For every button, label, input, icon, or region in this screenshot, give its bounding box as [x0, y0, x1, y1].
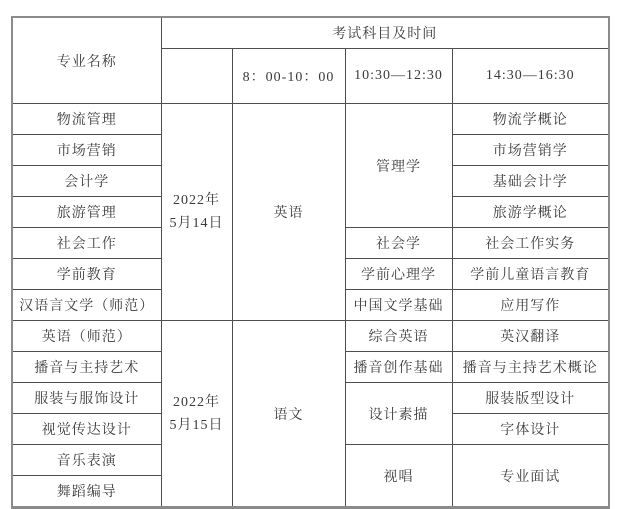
afternoon-subject-cell: 物流学概论 [452, 104, 609, 135]
exam-date-day1: 2022年 5月14日 [161, 104, 232, 321]
afternoon-subject-cell: 服装版型设计 [452, 383, 609, 414]
major-cell: 汉语言文学（师范） [12, 290, 161, 321]
morning-subject-day2: 语文 [232, 321, 345, 508]
afternoon-subject-cell: 旅游学概论 [452, 197, 609, 228]
major-cell: 市场营销 [12, 135, 161, 166]
major-cell: 播音与主持艺术 [12, 352, 161, 383]
midday-subject-cell: 综合英语 [345, 321, 452, 352]
midday-subject-cell: 视唱 [345, 445, 452, 508]
major-cell: 英语（师范） [12, 321, 161, 352]
major-cell: 旅游管理 [12, 197, 161, 228]
afternoon-subject-cell: 市场营销学 [452, 135, 609, 166]
afternoon-subject-cell: 英汉翻译 [452, 321, 609, 352]
afternoon-subject-cell: 基础会计学 [452, 166, 609, 197]
afternoon-subject-cell: 社会工作实务 [452, 228, 609, 259]
date-column-header-empty [161, 49, 232, 104]
exam-schedule-table: 专业名称 考试科目及时间 8：00-10：00 10:30—12:30 14:3… [11, 16, 610, 509]
midday-subject-cell: 管理学 [345, 104, 452, 228]
afternoon-subject-cell: 专业面试 [452, 445, 609, 508]
exam-date-day2: 2022年 5月15日 [161, 321, 232, 508]
midday-subject-cell: 设计素描 [345, 383, 452, 445]
exam-section-header: 考试科目及时间 [161, 17, 609, 49]
major-cell: 学前教育 [12, 259, 161, 290]
time-slot-midday: 10:30—12:30 [345, 49, 452, 104]
major-column-header: 专业名称 [12, 17, 161, 104]
major-cell: 物流管理 [12, 104, 161, 135]
afternoon-subject-cell: 应用写作 [452, 290, 609, 321]
midday-subject-cell: 学前心理学 [345, 259, 452, 290]
major-cell: 社会工作 [12, 228, 161, 259]
time-slot-morning: 8：00-10：00 [232, 49, 345, 104]
afternoon-subject-cell: 字体设计 [452, 414, 609, 445]
afternoon-subject-cell: 学前儿童语言教育 [452, 259, 609, 290]
time-slot-afternoon: 14:30—16:30 [452, 49, 609, 104]
major-cell: 服装与服饰设计 [12, 383, 161, 414]
midday-subject-cell: 播音创作基础 [345, 352, 452, 383]
morning-subject-day1: 英语 [232, 104, 345, 321]
midday-subject-cell: 中国文学基础 [345, 290, 452, 321]
exam-schedule-table-container: 专业名称 考试科目及时间 8：00-10：00 10:30—12:30 14:3… [11, 16, 610, 509]
major-cell: 舞蹈编导 [12, 476, 161, 508]
major-cell: 音乐表演 [12, 445, 161, 476]
major-cell: 视觉传达设计 [12, 414, 161, 445]
afternoon-subject-cell: 播音与主持艺术概论 [452, 352, 609, 383]
midday-subject-cell: 社会学 [345, 228, 452, 259]
major-cell: 会计学 [12, 166, 161, 197]
